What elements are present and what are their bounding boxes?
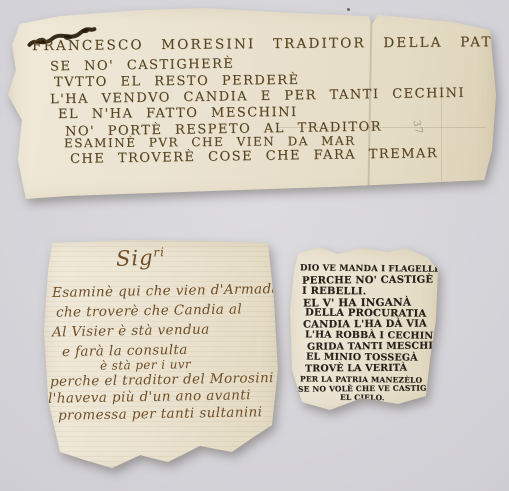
handwritten-line: Esaminè qui che vien d'Armada	[52, 281, 280, 301]
handwritten-line: TVTTO EL RESTO PERDERÈ	[54, 73, 300, 90]
handwritten-line: l'haveva più d'un ano avanti	[48, 387, 251, 407]
handwritten-line: SE NO' CASTIGHERÈ	[50, 57, 235, 75]
manuscript-left-paper-surface: Sigri Esaminè qui che vien d'Armada che …	[40, 236, 286, 476]
archival-mark: 37	[410, 119, 424, 136]
dust-speck	[347, 8, 350, 11]
handwritten-line: è stà per i uvr	[100, 357, 191, 373]
handwritten-line: DIO VE MANDA I FLAGELLI	[300, 263, 438, 274]
handwritten-line: EL CIELO.	[340, 393, 385, 402]
handwritten-line: I REBELLI.	[302, 286, 367, 298]
note-heading-superscript: ri	[153, 245, 165, 259]
manuscript-right-paper: DIO VE MANDA I FLAGELLI PERCHE NO' CASTI…	[286, 244, 444, 416]
manuscript-left-paper: Sigri Esaminè qui che vien d'Armada che …	[40, 236, 286, 476]
handwritten-line: Al Visier è stà vendua	[52, 322, 210, 341]
handwritten-line: promessa per tanti sultanini	[58, 404, 263, 424]
handwritten-line: TROVÈ LA VERITÀ	[305, 363, 407, 375]
handwritten-line: che troverè che Candia al	[56, 301, 242, 320]
manuscript-top-paper-surface: FRANCESCO MORESINI TRADITOR DELLA PATRIA…	[6, 2, 500, 204]
handwritten-line: FRANCESCO MORESINI TRADITOR DELLA PATRIA	[32, 34, 509, 54]
note-heading-base: Sig	[116, 246, 154, 271]
note-heading: Sigri	[116, 245, 166, 271]
manuscript-top-paper: FRANCESCO MORESINI TRADITOR DELLA PATRIA…	[6, 2, 500, 204]
manuscript-right-paper-surface: DIO VE MANDA I FLAGELLI PERCHE NO' CASTI…	[286, 244, 444, 416]
handwritten-line: EL N'HA FATTO MESCHINI	[58, 105, 298, 122]
manuscripts-photo: FRANCESCO MORESINI TRADITOR DELLA PATRIA…	[0, 0, 509, 491]
handwritten-line: PERCHE NO' CASTIGÈ	[302, 274, 433, 286]
